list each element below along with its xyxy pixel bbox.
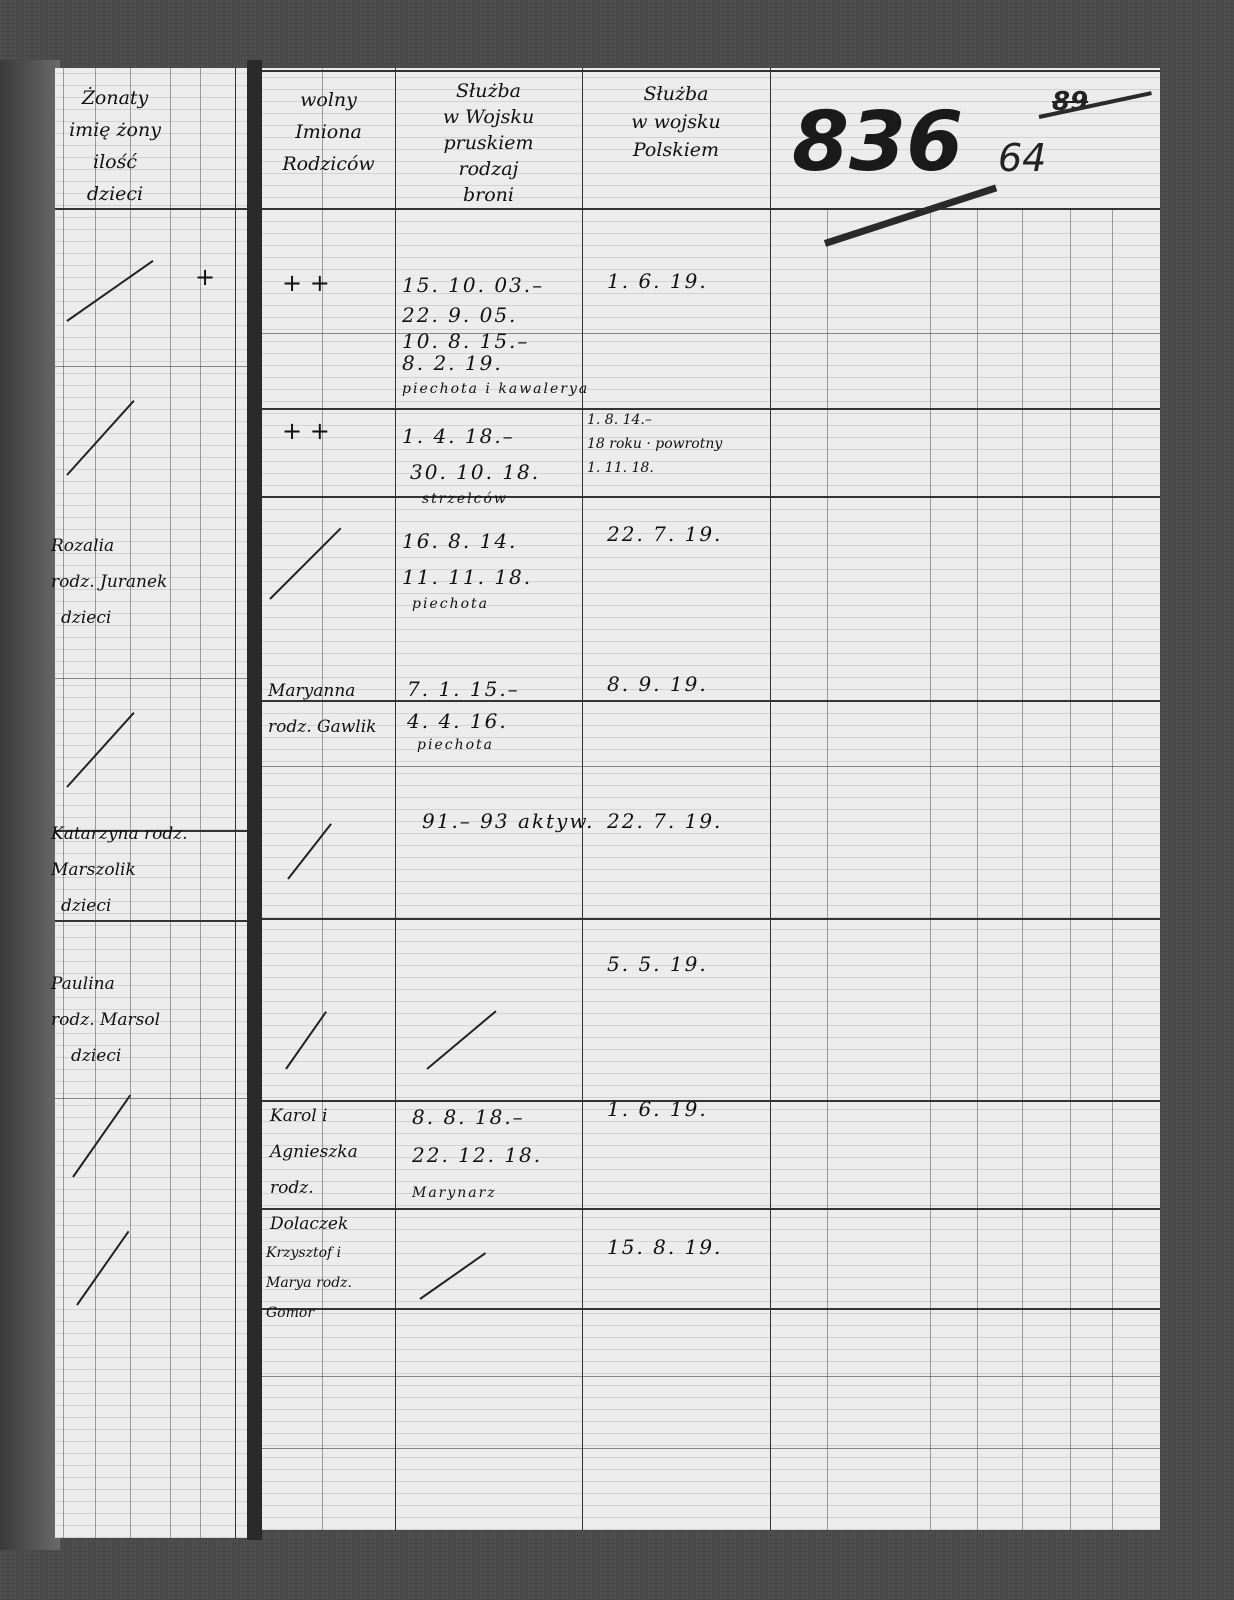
cross-mark: + [195, 264, 215, 290]
wife-name: Paulina [51, 966, 160, 1002]
prussian-service-header: Służba w Wojsku pruskiem rodzaj broni [395, 78, 582, 208]
page-number: 836 [792, 98, 963, 188]
wife-name: Katarzyna rodz. [51, 816, 188, 852]
polish-service-date: 8. 9. 19. [607, 673, 708, 695]
wife-maiden: Marszolik [51, 852, 188, 888]
parents-cell: Maryanna rodz. Gawlik [268, 673, 393, 745]
header-line: Rodziców [262, 148, 395, 180]
dash-mark [426, 1010, 496, 1069]
header-line: w wojsku [582, 108, 770, 136]
polish-service-date: 22. 7. 19. [607, 810, 722, 832]
header-line: Polskiem [582, 136, 770, 164]
service-date: 8. 2. 19. [402, 352, 589, 374]
book-binding [247, 60, 262, 1540]
prussian-service-cell: 1. 4. 18.– 30. 10. 18. strzelców [402, 418, 540, 508]
wife-name: Rozalia [51, 528, 167, 564]
header-line: pruskiem [395, 130, 582, 156]
service-date: 16. 8. 14. [402, 523, 532, 559]
parents-cell: Karol i Agnieszka rodz. Dolaczek [270, 1098, 395, 1242]
header-line: Imiona [262, 116, 395, 148]
page-shadow [0, 60, 60, 1550]
dash-mark [66, 260, 153, 322]
dash-mark [76, 1231, 129, 1306]
children: dzieci [51, 1038, 160, 1074]
polish-service-note: 18 roku · powrotny [587, 432, 722, 456]
service-date: 15. 10. 03.– [402, 270, 589, 300]
parents-deceased-mark: + + [282, 270, 330, 296]
branch: piechota [407, 737, 520, 753]
parents-names: Karol i Agnieszka rodz. Dolaczek [270, 1098, 395, 1242]
polish-service-date: 1. 6. 19. [607, 270, 708, 292]
left-page: Żonaty imię żony ilość dzieci + Rozalia … [55, 68, 247, 1538]
header-line: rodzaj [395, 156, 582, 182]
dash-mark [285, 1011, 327, 1069]
header-line: dzieci [55, 178, 175, 210]
header-line: Służba [395, 78, 582, 104]
header-line: ilość [55, 146, 175, 178]
wife-maiden: rodz. Marsol [51, 1002, 160, 1038]
prussian-service-cell: 8. 8. 18.– 22. 12. 18. Marynarz [412, 1098, 542, 1212]
wife-entry: Rozalia rodz. Juranek dzieci [51, 528, 167, 636]
branch: strzelców [402, 490, 540, 508]
service-date: 10. 8. 15.– [402, 330, 589, 352]
prussian-service-cell: 15. 10. 03.– 22. 9. 05. 10. 8. 15.– 8. 2… [402, 270, 589, 404]
parents-deceased-mark: + + [282, 418, 330, 444]
service-date: 8. 8. 18.– [412, 1098, 542, 1136]
header-line: broni [395, 182, 582, 208]
dash-mark [66, 400, 134, 476]
service-date: 22. 9. 05. [402, 300, 589, 330]
header-line: Służba [582, 80, 770, 108]
service-date: 7. 1. 15.– [407, 673, 520, 705]
underline-stroke [824, 185, 997, 247]
service-date: 1. 4. 18.– [402, 418, 540, 454]
parents-names: Krzysztof i Marya rodz. Gomor [266, 1238, 391, 1328]
right-page: wolny Imiona Rodziców Służba w Wojsku pr… [262, 68, 1160, 1530]
polish-service-date: 15. 8. 19. [607, 1236, 722, 1258]
dash-mark [269, 528, 341, 600]
parents-cell: Krzysztof i Marya rodz. Gomor [266, 1238, 391, 1328]
children: dzieci [51, 600, 167, 636]
polish-service-date: 1. 6. 19. [607, 1098, 708, 1120]
dash-mark [287, 823, 332, 879]
polish-service-header: Służba w wojsku Polskiem [582, 80, 770, 164]
prussian-service-cell: 7. 1. 15.– 4. 4. 16. piechota [407, 673, 520, 753]
header-line: Żonaty [55, 82, 175, 114]
service-date: 11. 11. 18. [402, 559, 532, 595]
polish-service-cell: 1. 8. 14.– 18 roku · powrotny 1. 11. 18. [587, 408, 722, 480]
branch: Marynarz [412, 1174, 542, 1212]
wife-entry: Katarzyna rodz. Marszolik dzieci [51, 816, 188, 924]
service-date: 30. 10. 18. [402, 454, 540, 490]
wife-entry: Paulina rodz. Marsol dzieci [51, 966, 160, 1074]
prussian-service-date: 91.– 93 aktyw. [422, 810, 594, 832]
polish-service-date: 5. 5. 19. [607, 953, 708, 975]
wife-maiden: rodz. Juranek [51, 564, 167, 600]
service-date: 4. 4. 16. [407, 705, 520, 737]
alt-page-number: 64 [998, 138, 1046, 180]
service-date: 22. 12. 18. [412, 1136, 542, 1174]
header-line: imię żony [55, 114, 175, 146]
dash-mark [72, 1095, 131, 1178]
parents-header: wolny Imiona Rodziców [262, 84, 395, 180]
polish-service-date: 1. 8. 14.– [587, 408, 722, 432]
branch: piechota i kawalerya [402, 374, 589, 404]
header-line: wolny [262, 84, 395, 116]
prussian-service-cell: 16. 8. 14. 11. 11. 18. piechota [402, 523, 532, 613]
dash-mark [419, 1252, 486, 1300]
polish-service-date: 22. 7. 19. [607, 523, 722, 545]
dash-mark [66, 712, 134, 788]
branch: piechota [402, 595, 532, 613]
children: dzieci [51, 888, 188, 924]
polish-service-date: 1. 11. 18. [587, 456, 722, 480]
left-header: Żonaty imię żony ilość dzieci [55, 82, 175, 210]
parents-names: Maryanna rodz. Gawlik [268, 673, 393, 745]
header-line: w Wojsku [395, 104, 582, 130]
